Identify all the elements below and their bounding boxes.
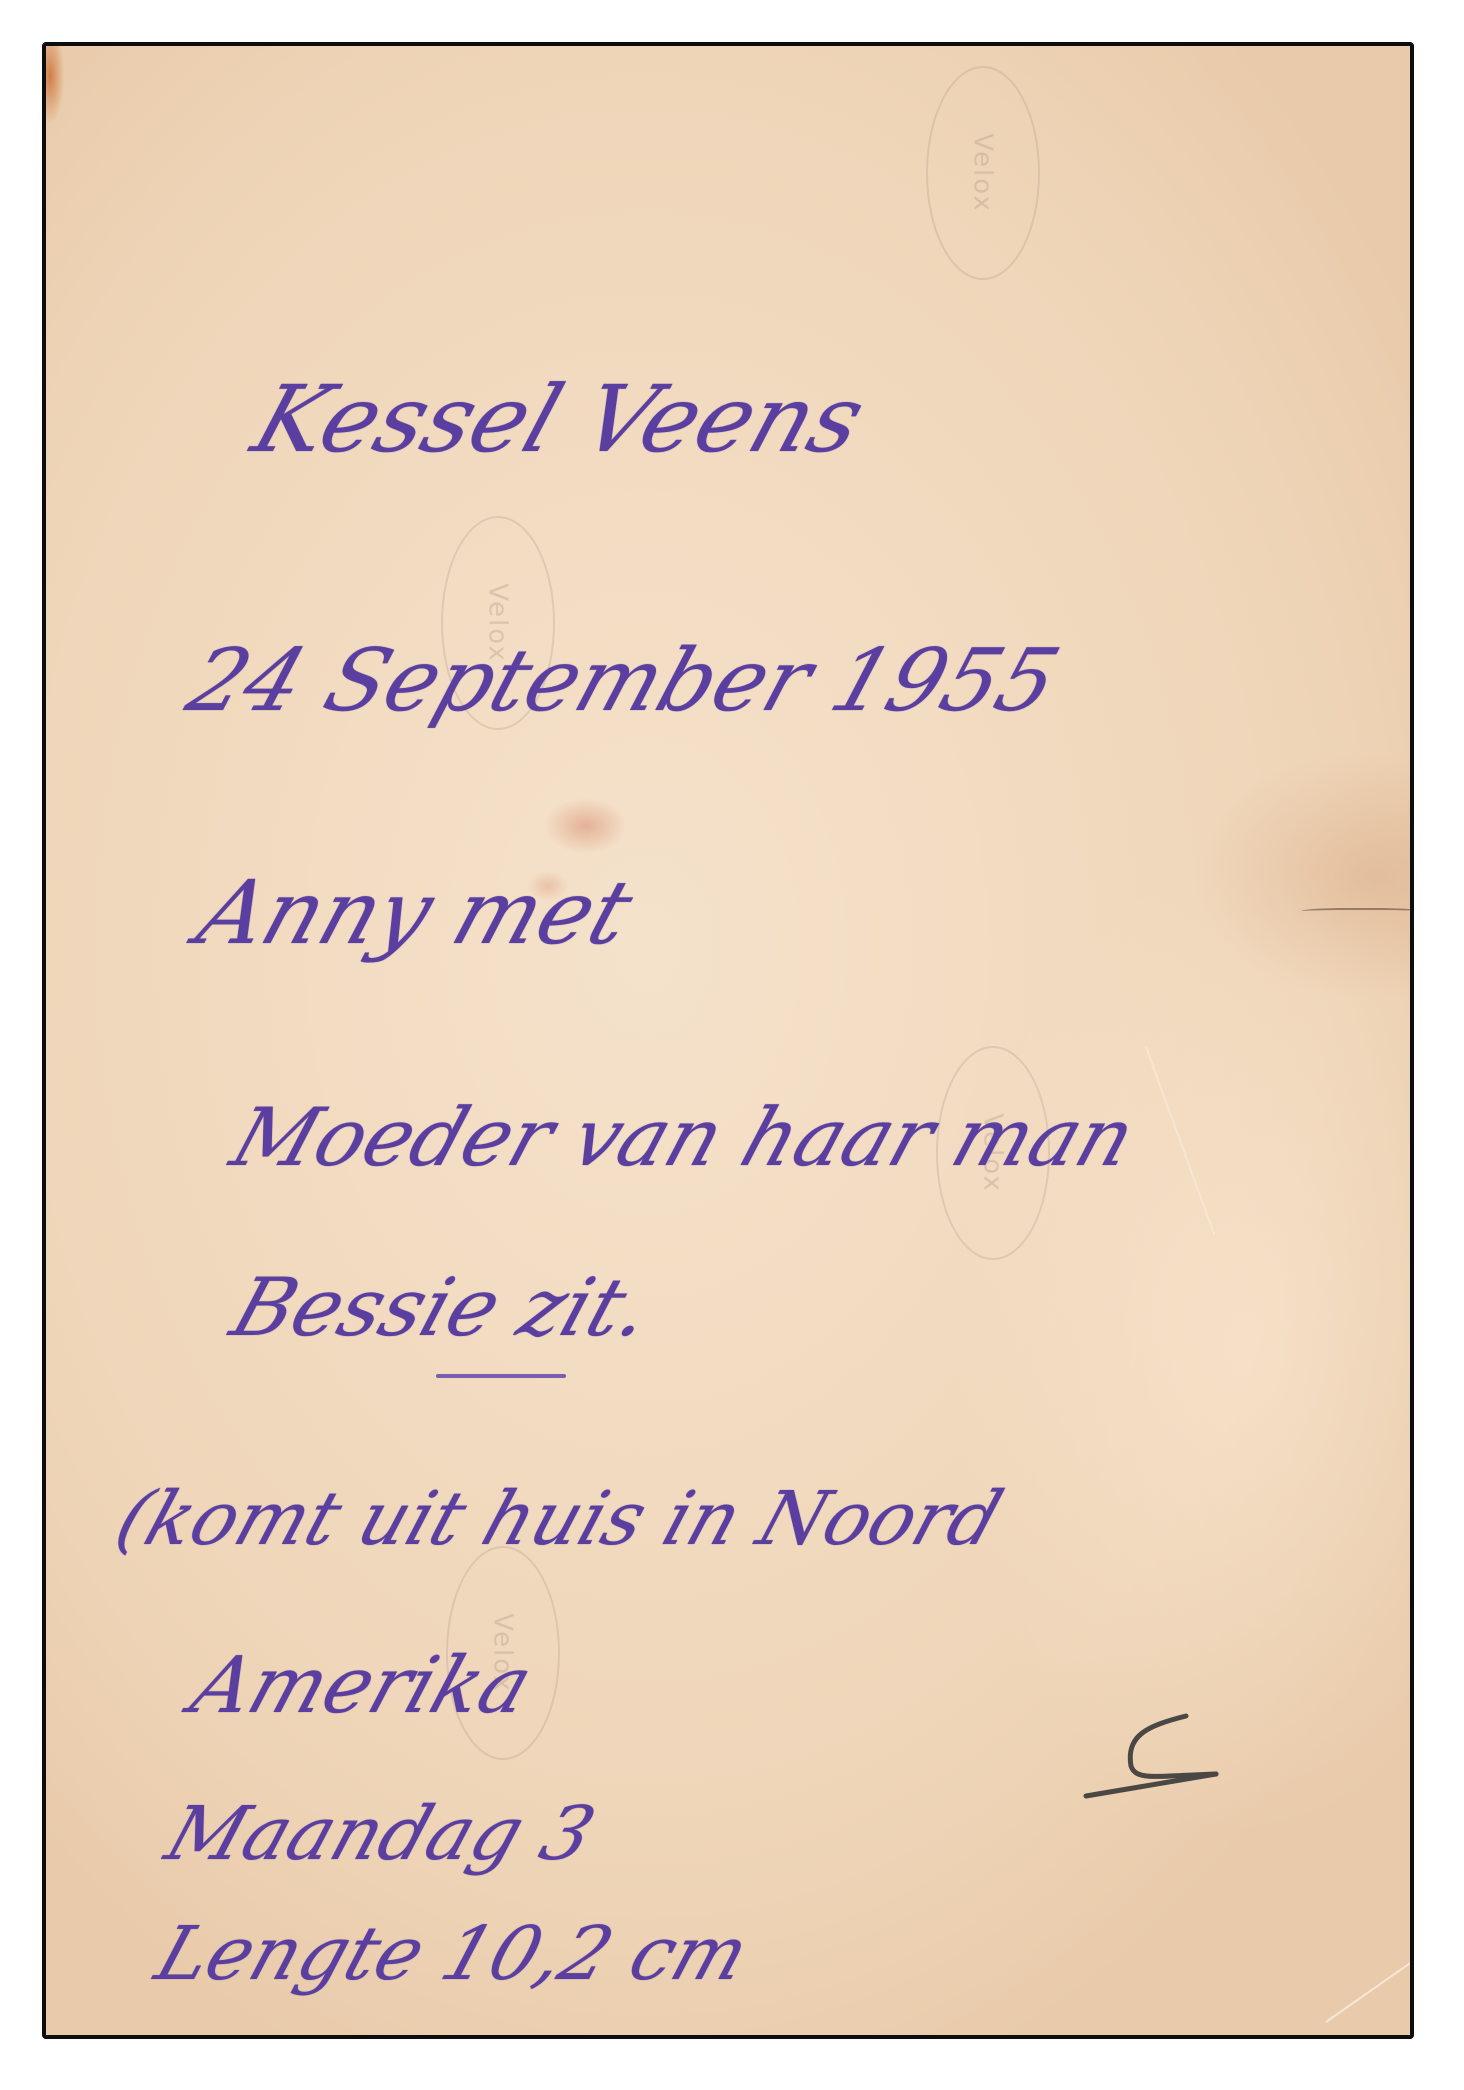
underline-stroke <box>436 1374 566 1378</box>
handwritten-line-4: Moeder van haar man <box>221 1091 1146 1184</box>
velox-watermark-stamp: Velox <box>926 66 1040 280</box>
paper-crease <box>1145 1047 1215 1236</box>
paper-tear <box>1301 908 1414 916</box>
handwritten-line-8: Maandag 3 <box>156 1791 605 1877</box>
photo-back-card: Velox Velox Velox Velox Kessel Veens 24 … <box>42 42 1414 2039</box>
handwritten-date: 24 September 1955 <box>176 631 1070 731</box>
handwritten-line-6: (komt uit huis in Noord <box>106 1476 1012 1562</box>
handwritten-line-7: Amerika <box>181 1641 543 1731</box>
handwritten-line-5: Bessie zit. <box>221 1261 663 1354</box>
paper-crease <box>1325 1952 1414 2022</box>
pencil-mark: 4 <box>1066 1696 1246 1806</box>
handwritten-line-9: Lengte 10,2 cm <box>146 1911 759 1997</box>
corner-wear-stain <box>46 46 86 136</box>
handwritten-line-3: Anny met <box>186 861 645 964</box>
pencil-number-icon <box>1066 1696 1246 1806</box>
handwritten-name: Kessel Veens <box>241 366 877 473</box>
